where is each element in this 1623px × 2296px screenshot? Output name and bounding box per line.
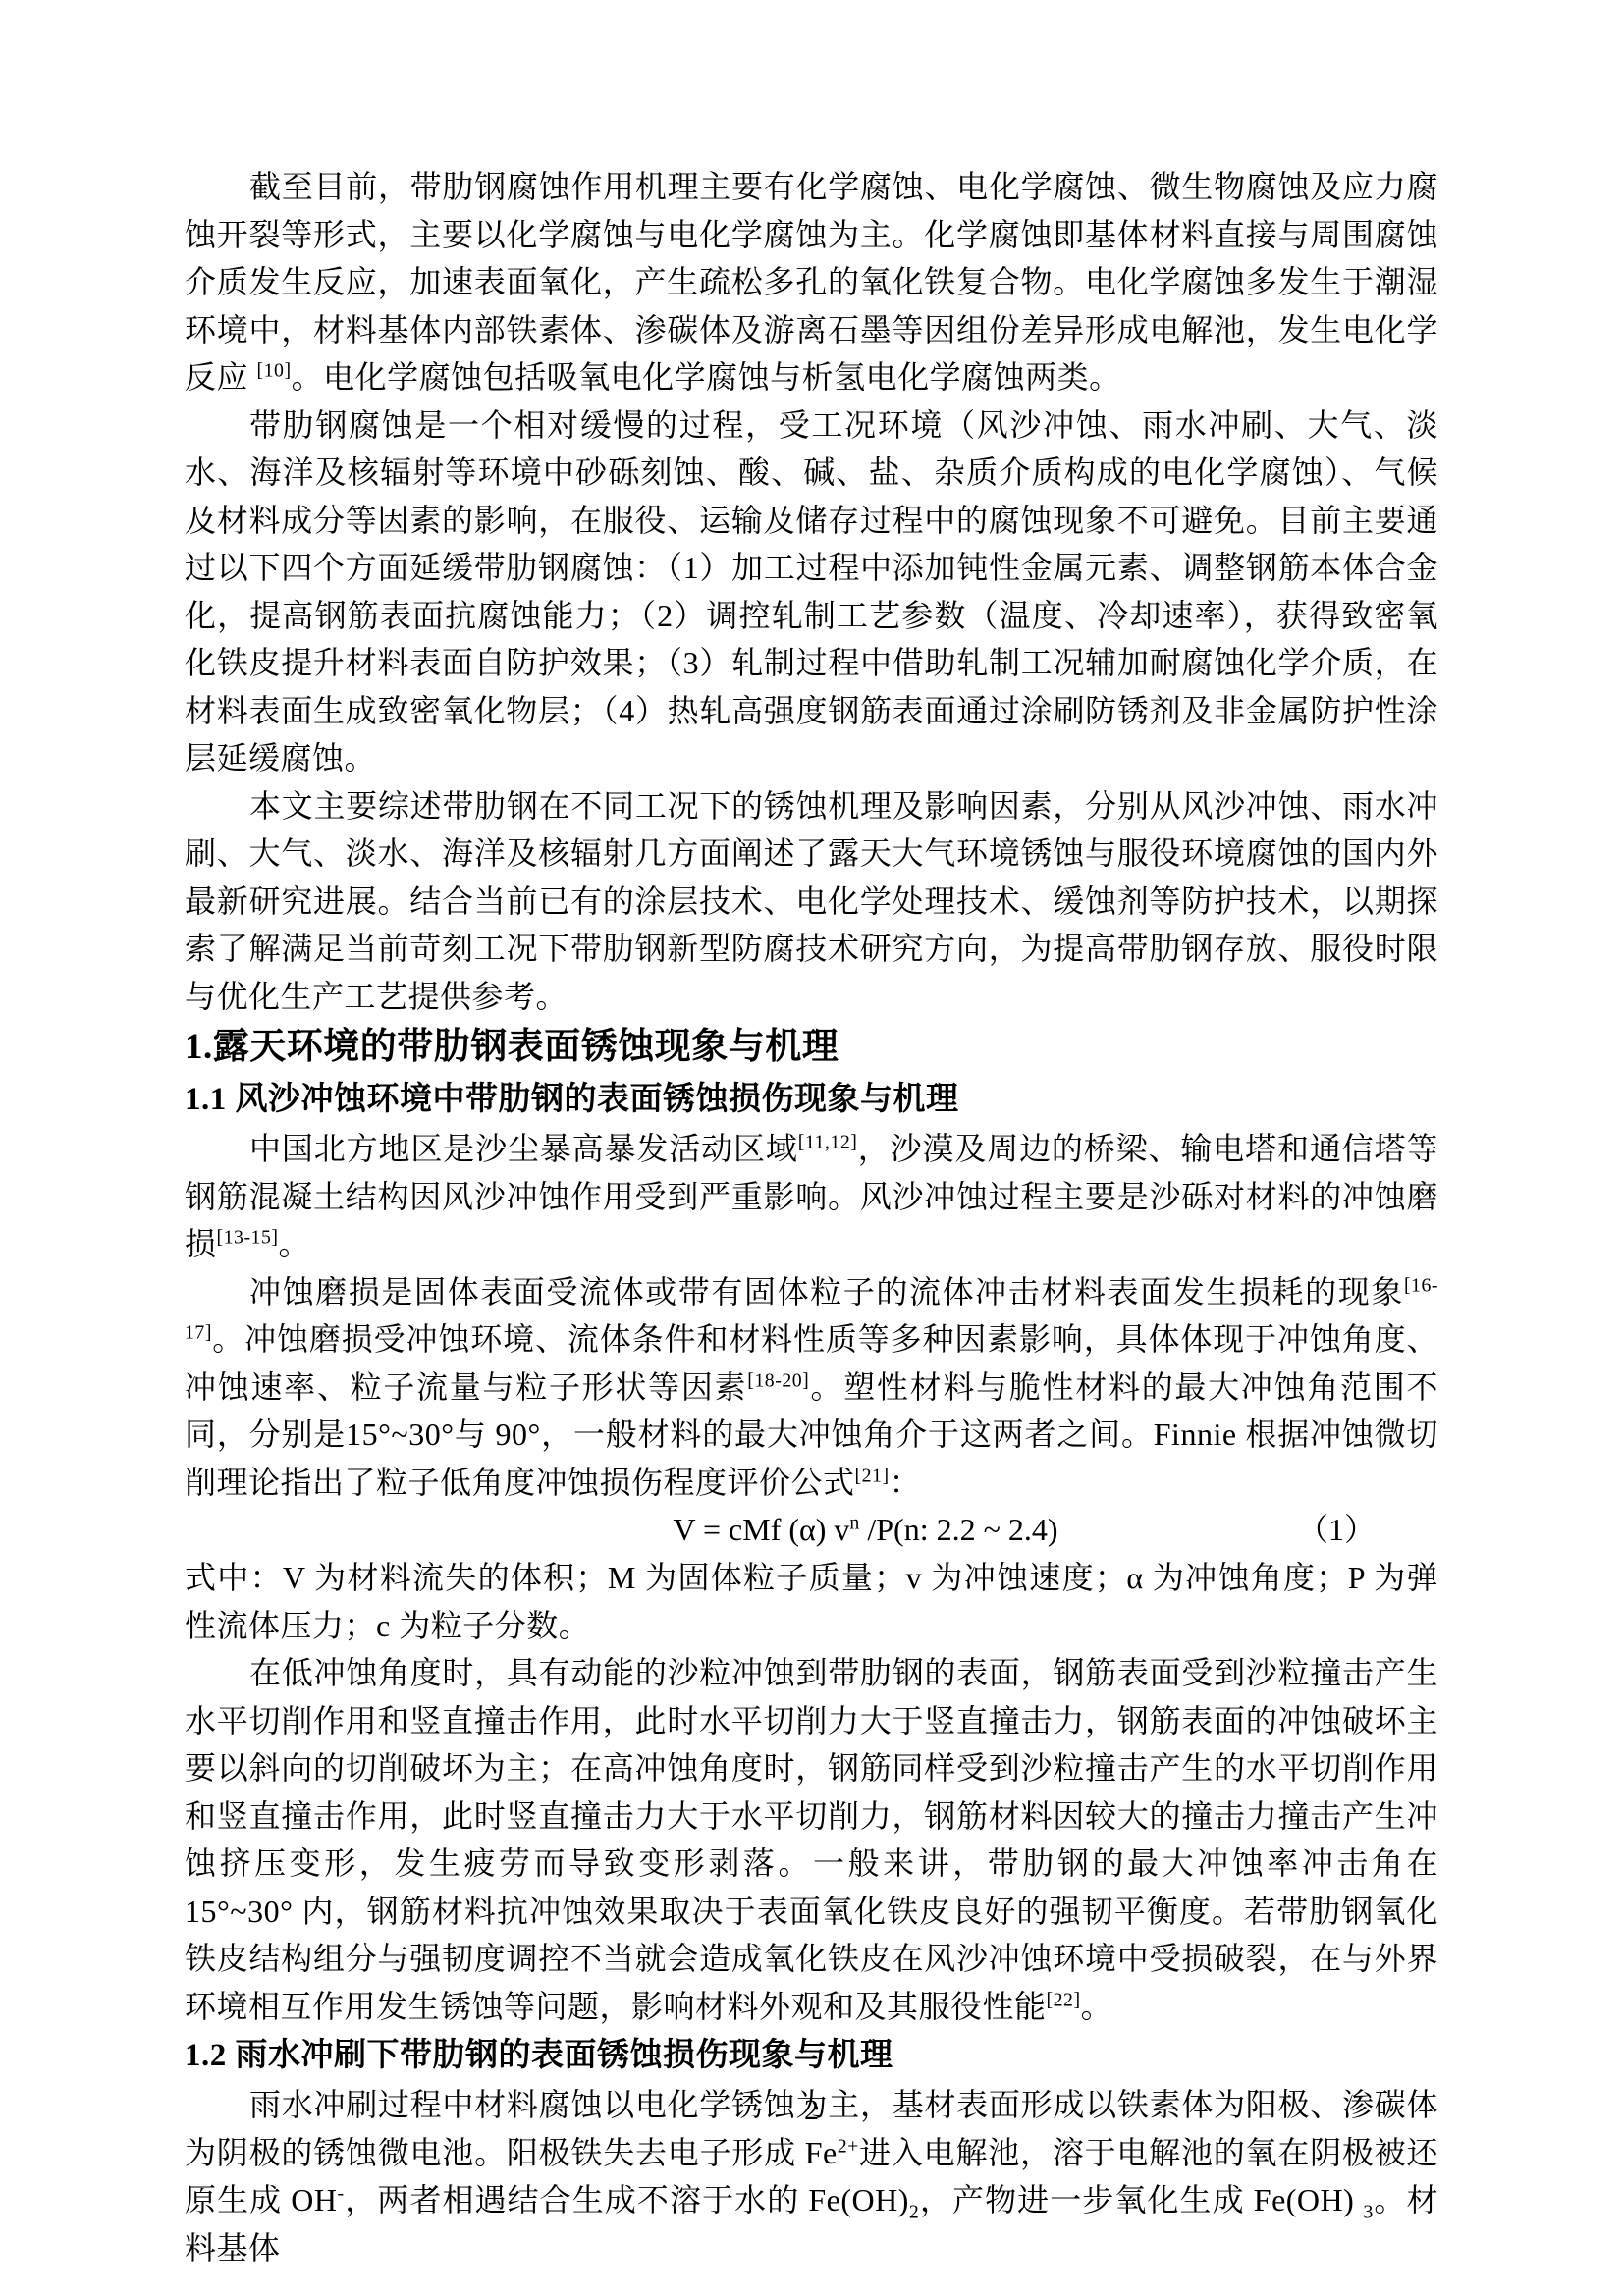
section-heading: 1.露天环境的带肋钢表面锈蚀现象与机理 xyxy=(185,1020,1438,1074)
document-body: 截至目前，带肋钢腐蚀作用机理主要有化学腐蚀、电化学腐蚀、微生物腐蚀及应力腐蚀开裂… xyxy=(185,163,1438,2271)
subsection-heading: 1.1 风沙冲蚀环境中带肋钢的表面锈蚀损伤现象与机理 xyxy=(185,1074,1438,1125)
superscript: [22] xyxy=(1047,1989,1081,2010)
text-run: 。 xyxy=(278,1226,310,1261)
subscript: 2 xyxy=(909,2201,919,2222)
paragraph: 式中：V 为材料流失的体积；M 为固体粒子质量；v 为冲蚀速度；α 为冲蚀角度；… xyxy=(185,1554,1438,1649)
text-run: 1.露天环境的带肋钢表面锈蚀现象与机理 xyxy=(185,1027,839,1067)
subscript: 3 xyxy=(1363,2201,1373,2222)
text-run: 1.1 风沙冲蚀环境中带肋钢的表面锈蚀损伤现象与机理 xyxy=(185,1082,959,1117)
superscript: 2+ xyxy=(838,2135,859,2157)
superscript: [18-20] xyxy=(747,1369,809,1391)
equation: V = cMf (α) vn /P(n: 2.2 ~ 2.4) xyxy=(673,1512,1057,1547)
paragraph: 截至目前，带肋钢腐蚀作用机理主要有化学腐蚀、电化学腐蚀、微生物腐蚀及应力腐蚀开裂… xyxy=(185,163,1438,401)
page-footer: 2 xyxy=(0,2094,1623,2127)
text-run: V = cMf (α) v xyxy=(673,1512,849,1547)
text-run: 1.2 雨水冲刷下带肋钢的表面锈蚀损伤现象与机理 xyxy=(185,2038,893,2073)
superscript: - xyxy=(338,2182,345,2204)
text-run: 。电化学腐蚀包括吸氧电化学腐蚀与析氢电化学腐蚀两类。 xyxy=(292,359,1121,395)
superscript: [11,12] xyxy=(798,1131,858,1152)
paragraph: 带肋钢腐蚀是一个相对缓慢的过程，受工况环境（风沙冲蚀、雨水冲刷、大气、淡水、海洋… xyxy=(185,401,1438,782)
paragraph: 本文主要综述带肋钢在不同工况下的锈蚀机理及影响因素，分别从风沙冲蚀、雨水冲刷、大… xyxy=(185,782,1438,1021)
paragraph: 在低冲蚀角度时，具有动能的沙粒冲蚀到带肋钢的表面，钢筋表面受到沙粒撞击产生水平切… xyxy=(185,1649,1438,2030)
paragraph: 中国北方地区是沙尘暴高暴发活动区域[11,12]，沙漠及周边的桥梁、输电塔和通信… xyxy=(185,1125,1438,1268)
superscript: [21] xyxy=(855,1465,890,1486)
equation-row: V = cMf (α) vn /P(n: 2.2 ~ 2.4)（1） xyxy=(185,1506,1438,1554)
text-run: ，产物进一步氧化生成 Fe(OH) xyxy=(919,2182,1363,2217)
superscript: [13-15] xyxy=(217,1226,279,1248)
text-run: 在低冲蚀角度时，具有动能的沙粒冲蚀到带肋钢的表面，钢筋表面受到沙粒撞击产生水平切… xyxy=(185,1655,1438,2024)
text-run: 本文主要综述带肋钢在不同工况下的锈蚀机理及影响因素，分别从风沙冲蚀、雨水冲刷、大… xyxy=(185,788,1438,1014)
paragraph: 冲蚀磨损是固体表面受流体或带有固体粒子的流体冲击材料表面发生损耗的现象[16-1… xyxy=(185,1268,1438,1507)
document-page: 截至目前，带肋钢腐蚀作用机理主要有化学腐蚀、电化学腐蚀、微生物腐蚀及应力腐蚀开裂… xyxy=(0,0,1623,2296)
superscript: n xyxy=(849,1512,859,1533)
text-run: ： xyxy=(890,1465,922,1500)
text-run: 中国北方地区是沙尘暴高暴发活动区域 xyxy=(249,1131,798,1166)
page-number: 2 xyxy=(804,2094,819,2126)
text-run: 冲蚀磨损是固体表面受流体或带有固体粒子的流体冲击材料表面发生损耗的现象 xyxy=(249,1274,1404,1309)
superscript: [10] xyxy=(257,359,292,381)
equation-number: （1） xyxy=(1297,1506,1376,1554)
text-run: /P(n: 2.2 ~ 2.4) xyxy=(859,1512,1057,1547)
text-run: ，两者相遇结合生成不溶于水的 Fe(OH) xyxy=(345,2182,909,2217)
text-run: 带肋钢腐蚀是一个相对缓慢的过程，受工况环境（风沙冲蚀、雨水冲刷、大气、淡水、海洋… xyxy=(185,407,1438,776)
subsection-heading: 1.2 雨水冲刷下带肋钢的表面锈蚀损伤现象与机理 xyxy=(185,2030,1438,2081)
text-run: 。 xyxy=(1081,1989,1113,2024)
text-run: 式中：V 为材料流失的体积；M 为固体粒子质量；v 为冲蚀速度；α 为冲蚀角度；… xyxy=(185,1560,1438,1643)
